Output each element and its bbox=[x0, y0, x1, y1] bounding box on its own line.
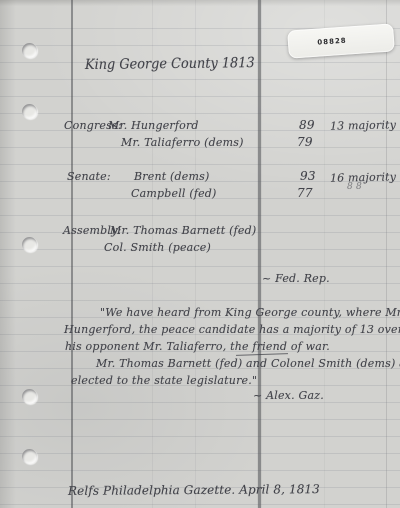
quote-line: Mr. Thomas Barnett (fed) and Colonel Smi… bbox=[96, 357, 400, 370]
page-fold-line bbox=[258, 0, 261, 508]
punch-hole bbox=[22, 104, 37, 119]
senate-row-votes: 93 bbox=[300, 169, 316, 183]
source-citation: Relfs Philadelphia Gazette. April 8, 181… bbox=[68, 482, 320, 498]
ruled-lines bbox=[0, 0, 400, 508]
punch-hole bbox=[22, 389, 37, 404]
page-crease-line bbox=[71, 0, 73, 508]
senate-row-name: Brent (dems) bbox=[134, 170, 209, 183]
notebook-page: 08828 King George County 1813 Congress: … bbox=[0, 0, 400, 508]
congress-row-majority: 13 majority bbox=[330, 118, 396, 132]
senate-row-majority: 16 majority bbox=[330, 170, 396, 184]
assembly-row-name: Col. Smith (peace) bbox=[104, 241, 211, 254]
faint-column-line bbox=[195, 0, 196, 508]
attribution-alex-gaz: ~ Alex. Gaz. bbox=[253, 389, 324, 402]
congress-row-name: Mr. Taliaferro (dems) bbox=[121, 136, 244, 149]
quote-line: his opponent Mr. Taliaferro, the friend … bbox=[65, 340, 330, 353]
faint-column-line bbox=[324, 0, 325, 508]
quote-line: "We have heard from King George county, … bbox=[100, 306, 400, 319]
quote-line: Hungerford, the peace candidate has a ma… bbox=[64, 323, 400, 336]
archive-label-number: 08828 bbox=[317, 37, 347, 47]
punch-hole bbox=[22, 449, 37, 464]
faint-column-line bbox=[152, 0, 153, 508]
page-right-edge bbox=[386, 0, 387, 508]
congress-row-votes: 79 bbox=[297, 135, 313, 149]
page-title: King George County 1813 bbox=[85, 55, 255, 73]
senate-row-votes: 77 bbox=[297, 186, 313, 200]
punch-hole bbox=[22, 43, 37, 58]
assembly-row-name: Mr. Thomas Barnett (fed) bbox=[110, 224, 256, 237]
senate-label: Senate: bbox=[67, 170, 111, 183]
quote-line: elected to the state legislature." bbox=[71, 374, 257, 387]
stray-marks: 8 8 bbox=[347, 182, 362, 192]
senate-row-name: Campbell (fed) bbox=[131, 187, 217, 200]
congress-row-votes: 89 bbox=[299, 118, 315, 132]
congress-row-name: Mr. Hungerford bbox=[108, 119, 199, 132]
punch-hole bbox=[22, 237, 37, 252]
attribution-fed-rep: ~ Fed. Rep. bbox=[262, 272, 330, 285]
